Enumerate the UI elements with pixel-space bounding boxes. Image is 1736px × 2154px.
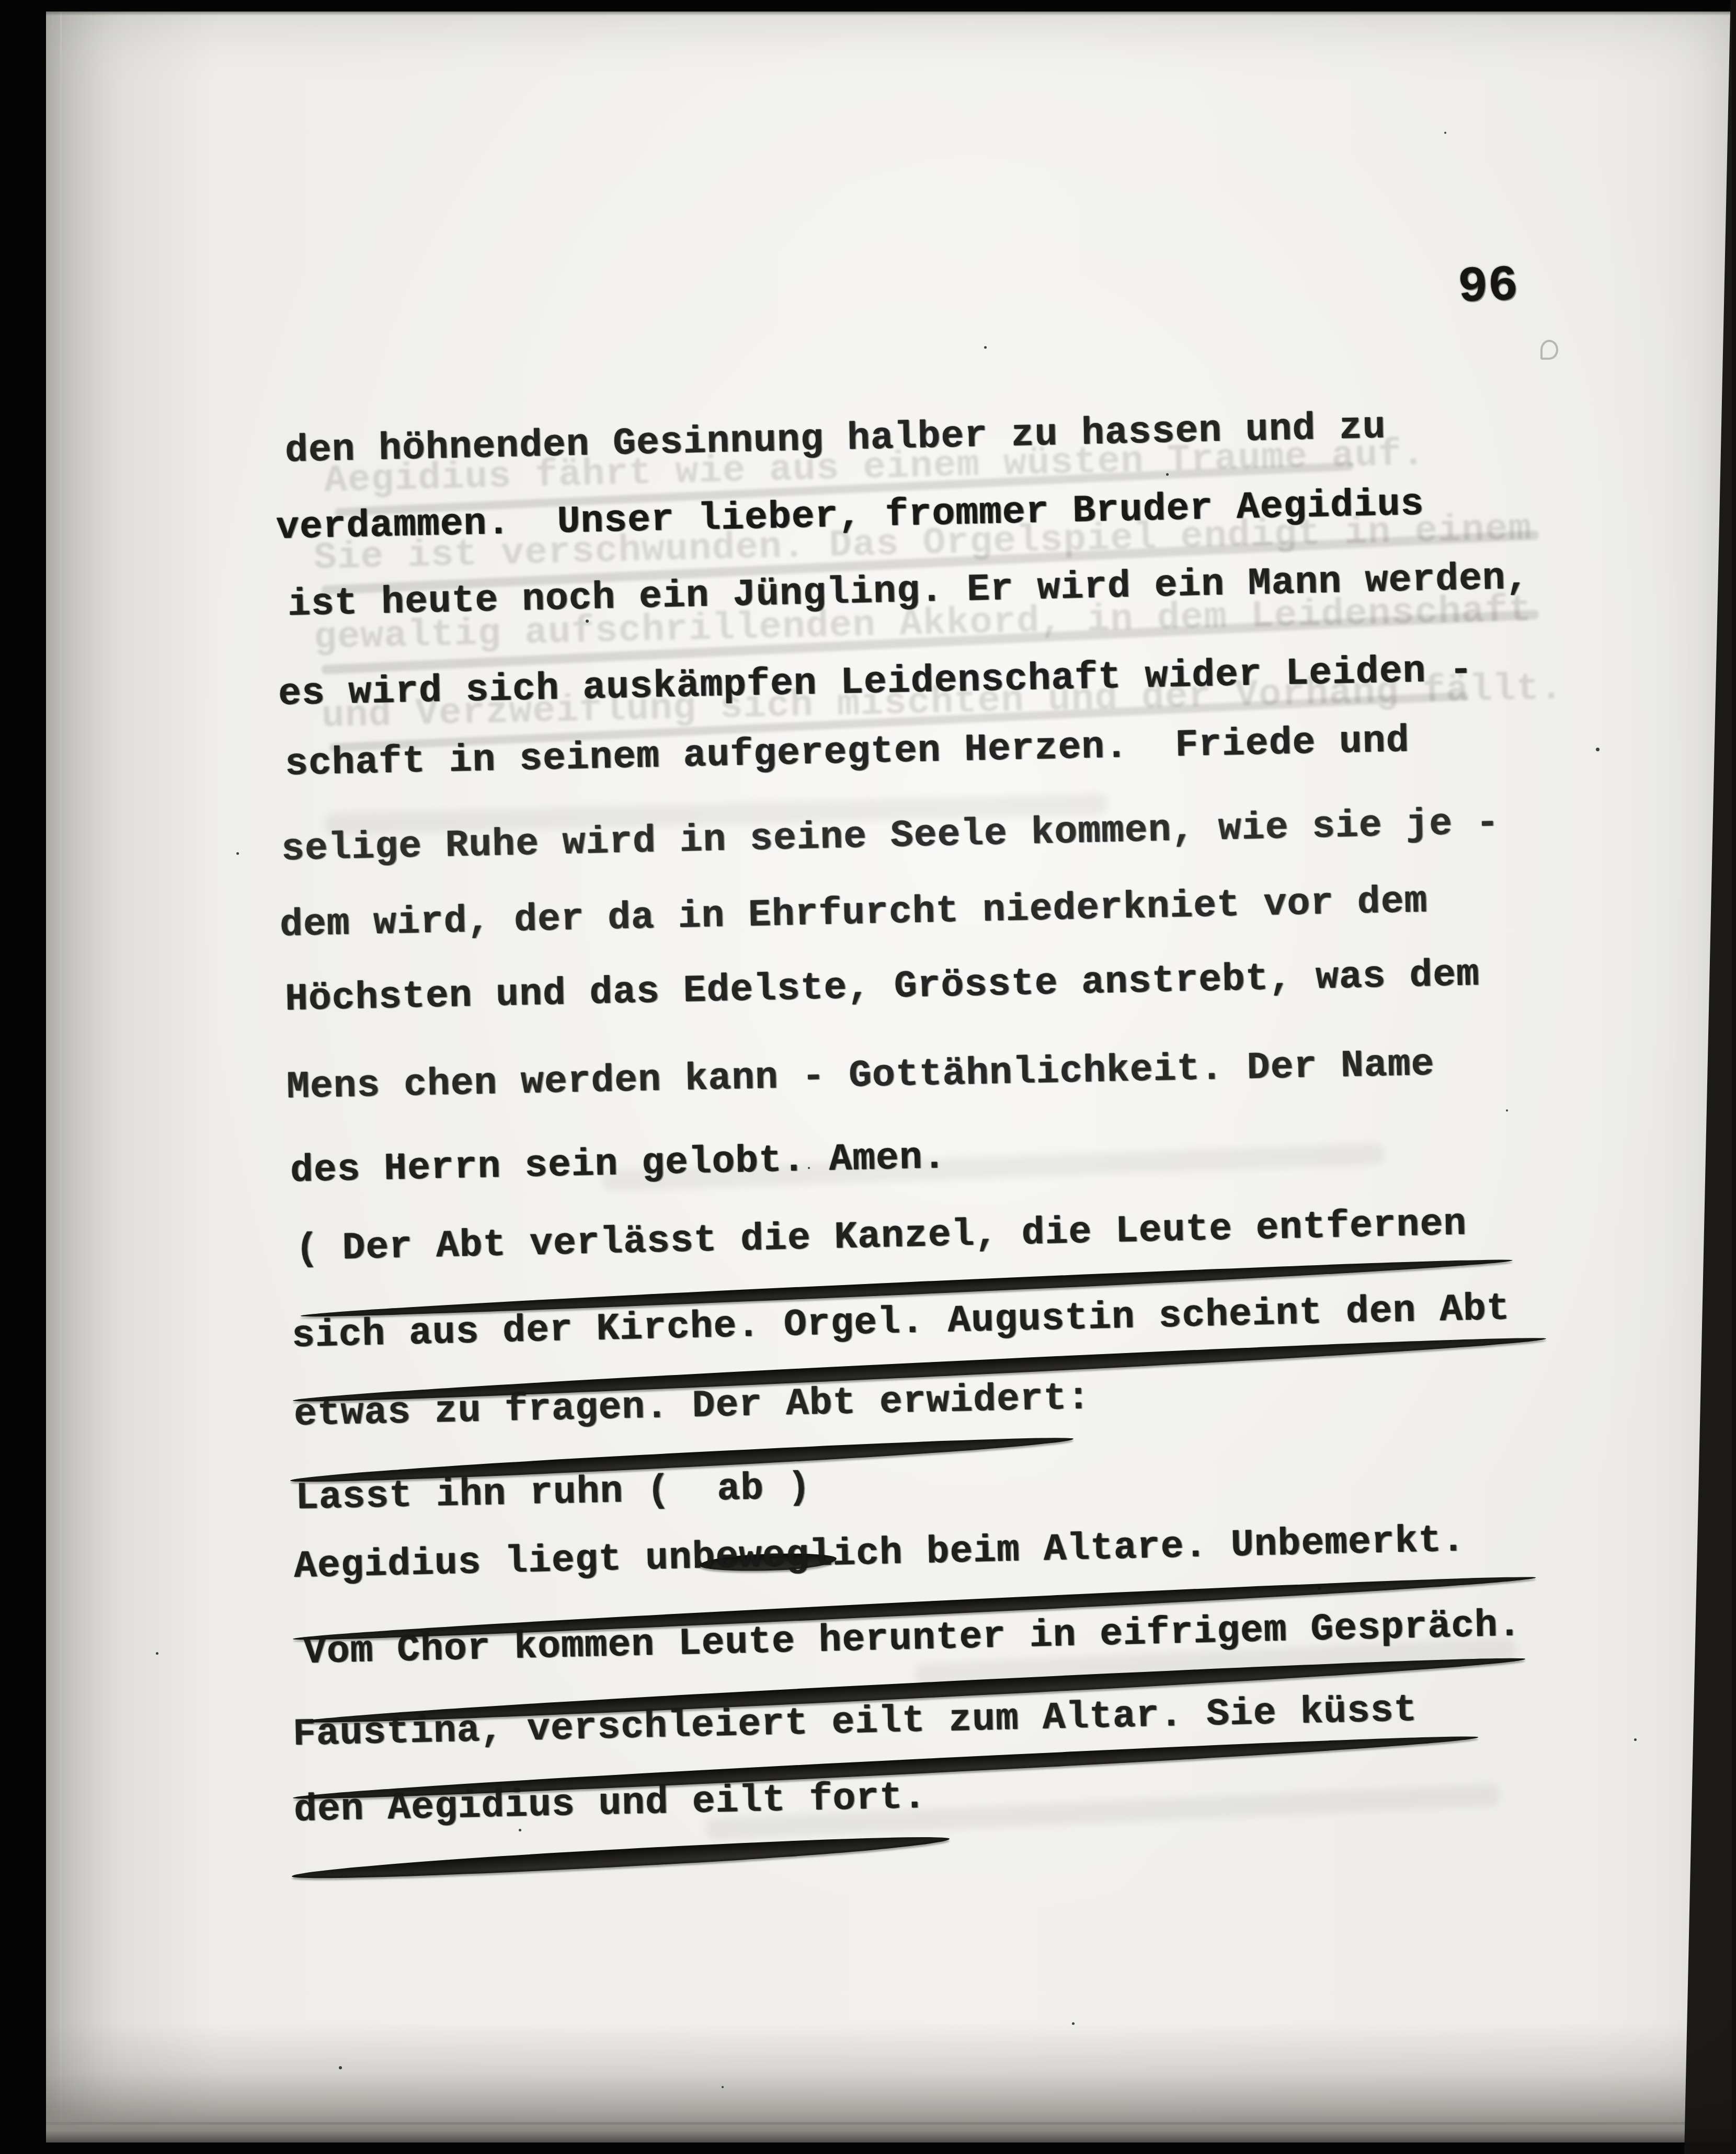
typescript-line: dem wird, der da in Ehrfurcht niederknie… bbox=[279, 879, 1428, 947]
paper-speck bbox=[519, 1829, 521, 1831]
paper-speck bbox=[1596, 748, 1600, 751]
paper-sheet: 96 Aegidius fährt wie aus einem wüsten T… bbox=[46, 12, 1732, 2142]
paper-speck bbox=[1506, 1109, 1508, 1112]
paper-speck bbox=[1072, 2022, 1075, 2025]
paper-speck bbox=[1444, 132, 1446, 134]
typescript-line: ( Der Abt verlässt die Kanzel, die Leute… bbox=[295, 1202, 1467, 1271]
paper-speck bbox=[808, 1167, 810, 1169]
typescript-line: Höchsten und das Edelste, Grösste anstre… bbox=[284, 953, 1480, 1021]
paper-speck bbox=[586, 620, 589, 623]
scanned-document-page: 96 Aegidius fährt wie aus einem wüsten T… bbox=[0, 0, 1736, 2154]
page-stack-edge-line bbox=[60, 12, 62, 2142]
typescript-line: etwas zu fragen. Der Abt erwidert: bbox=[293, 1376, 1091, 1436]
typescript-line: Aegidius liegt unbeweglich beim Altare. … bbox=[293, 1518, 1466, 1588]
paper-speck bbox=[984, 346, 987, 349]
left-edge-shading bbox=[46, 12, 219, 2142]
paper-blemish-curl bbox=[1540, 340, 1558, 360]
typescript-line: des Herrn sein gelobt. Amen. bbox=[290, 1136, 946, 1193]
paper-speck bbox=[1634, 1738, 1637, 1741]
paper-speck bbox=[156, 1652, 158, 1655]
paper-speck bbox=[397, 1156, 400, 1159]
bottom-edge-shadow bbox=[46, 2022, 1732, 2142]
paper-speck bbox=[1166, 473, 1169, 476]
paper-speck bbox=[722, 2086, 724, 2088]
page-number: 96 bbox=[1457, 257, 1519, 316]
paper-speck bbox=[1318, 1587, 1321, 1590]
ink-underline bbox=[291, 1831, 950, 1885]
typescript-line: Mens chen werden kann - Gottähnlichkeit.… bbox=[286, 1042, 1435, 1109]
top-edge-shadow bbox=[46, 12, 1732, 16]
page-stack-edge-line bbox=[52, 12, 54, 2142]
paper-speck bbox=[339, 2066, 342, 2069]
paper-speck bbox=[236, 852, 239, 855]
